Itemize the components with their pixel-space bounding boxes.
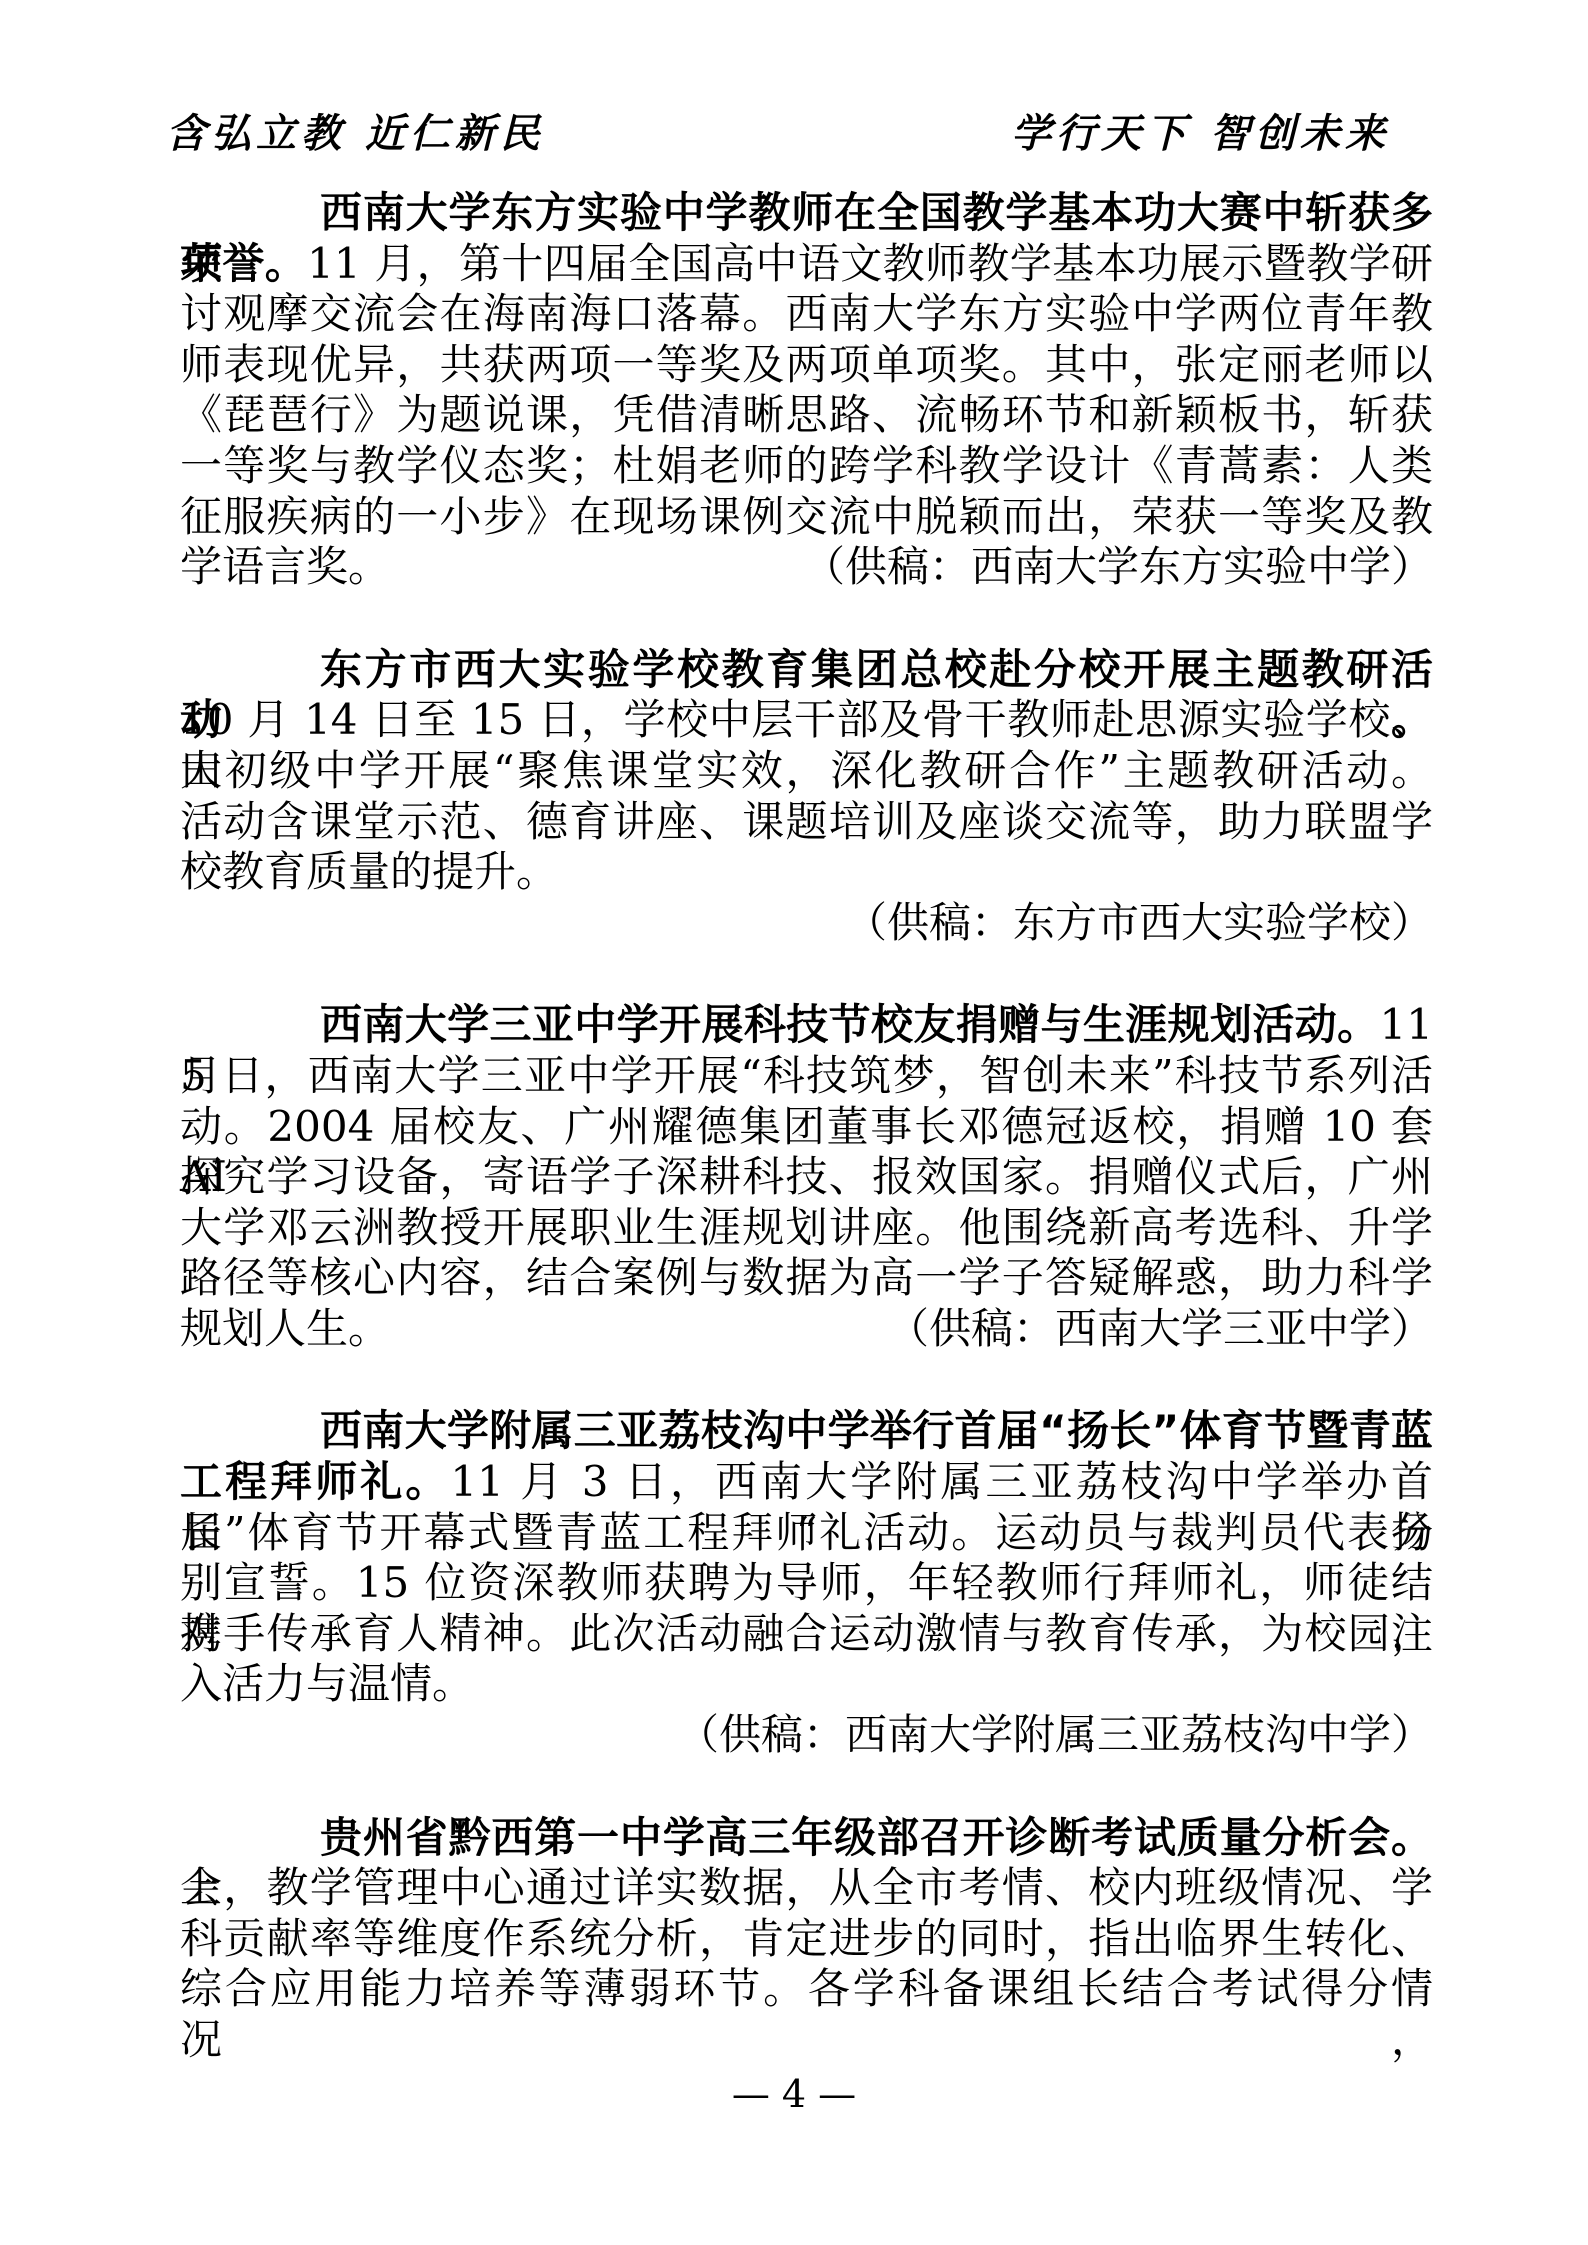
text-line: 田初级中学开展“聚焦课堂实效，深化教研合作”主题教研活动。 <box>180 746 1433 797</box>
text-line: 10 月 14 日至 15 日，学校中层干部及骨干教师赴思源实验学校、大 <box>180 695 1433 746</box>
text-line: 入活力与温情。 <box>180 1659 1433 1710</box>
text-segment: 规划人生。 <box>180 1304 390 1353</box>
text-line: 路径等核心内容，结合案例与数据为高一学子答疑解惑，助力科学 <box>180 1253 1433 1304</box>
article-1: 西南大学东方实验中学教师在全国教学基本功大赛中斩获多项荣誉。11 月，第十四届全… <box>180 188 1433 593</box>
text-segment: 入活力与温情。 <box>180 1659 474 1708</box>
text-line: 西南大学附属三亚荔枝沟中学举行首届“扬长”体育节暨青蓝 <box>180 1406 1433 1457</box>
attribution-line: 规划人生。（供稿：西南大学三亚中学） <box>180 1304 1433 1355</box>
text-line: 5 日，西南大学三亚中学开展“科技筑梦，智创未来”科技节系列活 <box>180 1051 1433 1102</box>
text-segment: 大学邓云洲教授开展职业生涯规划讲座。他围绕新高考选科、升学 <box>180 1203 1433 1252</box>
text-line: 《琵琶行》为题说课，凭借清晰思路、流畅环节和新颖板书，斩获 <box>180 390 1433 441</box>
text-segment: 5 日，西南大学三亚中学开展“科技筑梦，智创未来”科技节系列活 <box>180 1051 1433 1100</box>
text-line: 西南大学三亚中学开展科技节校友捐赠与生涯规划活动。11 月 <box>180 1000 1433 1051</box>
text-line: 综合应用能力培养等薄弱环节。各学科备课组长结合考试得分情况， <box>180 1964 1433 2015</box>
text-line: 师表现优异，共获两项一等奖及两项单项奖。其中，张定丽老师以 <box>180 340 1433 391</box>
bold-text-segment: 西南大学三亚中学开展科技节校友捐赠与生涯规划活动。 <box>320 1000 1380 1049</box>
bold-text-segment: 西南大学附属三亚荔枝沟中学举行首届“扬长”体育节暨青蓝 <box>320 1406 1433 1455</box>
article-list: 西南大学东方实验中学教师在全国教学基本功大赛中斩获多项荣誉。11 月，第十四届全… <box>180 188 1433 2067</box>
text-part: 规划人生。 <box>180 1304 390 1355</box>
text-segment: 学语言奖。 <box>180 542 390 591</box>
page-header: 含弘立教 近仁新民 学行天下 智创未来 <box>166 108 1390 160</box>
attribution-part: （供稿：西南大学东方实验中学） <box>803 542 1433 593</box>
text-line: 活动含课堂示范、德育讲座、课题培训及座谈交流等，助力联盟学 <box>180 797 1433 848</box>
text-line: 科贡献率等维度作系统分析，肯定进步的同时，指出临界生转化、 <box>180 1914 1433 1965</box>
page-number: — 4 — <box>732 2072 856 2116</box>
text-segment: 师表现优异，共获两项一等奖及两项单项奖。其中，张定丽老师以 <box>180 340 1433 389</box>
attribution-line: （供稿：东方市西大实验学校） <box>180 898 1433 949</box>
text-line: 携手传承育人精神。此次活动融合运动激情与教育传承，为校园注 <box>180 1609 1433 1660</box>
text-segment: 科贡献率等维度作系统分析，肯定进步的同时，指出临界生转化、 <box>180 1914 1433 1963</box>
text-segment: 《琵琶行》为题说课，凭借清晰思路、流畅环节和新颖板书，斩获 <box>180 390 1433 439</box>
text-segment: 综合应用能力培养等薄弱环节。各学科备课组长结合考试得分情况， <box>180 1964 1433 2064</box>
text-segment: 长”体育节开幕式暨青蓝工程拜师礼活动。运动员与裁判员代表分 <box>180 1508 1433 1557</box>
text-segment: 田初级中学开展“聚焦课堂实效，深化教研合作”主题教研活动。 <box>180 746 1433 795</box>
article-4: 西南大学附属三亚荔枝沟中学举行首届“扬长”体育节暨青蓝工程拜师礼。11 月 3 … <box>180 1406 1433 1760</box>
text-part: 学语言奖。 <box>180 542 390 593</box>
header-right-motto: 学行天下 智创未来 <box>1011 108 1390 160</box>
text-line: 荣誉。11 月，第十四届全国高中语文教师教学基本功展示暨教学研 <box>180 239 1433 290</box>
text-line: 动。2004 届校友、广州耀德集团董事长邓德冠返校，捐赠 10 套 AI <box>180 1102 1433 1153</box>
bold-text-segment: 工程拜师礼。 <box>180 1457 450 1506</box>
bold-text-segment: 荣誉。 <box>180 239 307 288</box>
attribution-part: （供稿：西南大学三亚中学） <box>887 1304 1433 1355</box>
text-line: 上，教学管理中心通过详实数据，从全市考情、校内班级情况、学 <box>180 1863 1433 1914</box>
text-segment: 上，教学管理中心通过详实数据，从全市考情、校内班级情况、学 <box>180 1863 1433 1912</box>
text-line: 工程拜师礼。11 月 3 日，西南大学附属三亚荔枝沟中学举办首届“扬 <box>180 1457 1433 1508</box>
text-line: 长”体育节开幕式暨青蓝工程拜师礼活动。运动员与裁判员代表分 <box>180 1508 1433 1559</box>
text-line: 别宣誓。15 位资深教师获聘为导师，年轻教师行拜师礼，师徒结对， <box>180 1558 1433 1609</box>
text-line: 探究学习设备，寄语学子深耕科技、报效国家。捐赠仪式后，广州 <box>180 1152 1433 1203</box>
document-page: 含弘立教 近仁新民 学行天下 智创未来 西南大学东方实验中学教师在全国教学基本功… <box>0 0 1588 2245</box>
page-footer: — 4 — <box>0 2070 1588 2118</box>
text-segment: 路径等核心内容，结合案例与数据为高一学子答疑解惑，助力科学 <box>180 1253 1433 1302</box>
article-3: 西南大学三亚中学开展科技节校友捐赠与生涯规划活动。11 月5 日，西南大学三亚中… <box>180 1000 1433 1354</box>
header-left-motto: 含弘立教 近仁新民 <box>166 108 545 160</box>
text-line: 征服疾病的一小步》在现场课例交流中脱颖而出，荣获一等奖及教 <box>180 492 1433 543</box>
text-line: 贵州省黔西第一中学高三年级部召开诊断考试质量分析会。会 <box>180 1813 1433 1864</box>
text-line: 一等奖与教学仪态奖；杜娟老师的跨学科教学设计《青蒿素：人类 <box>180 441 1433 492</box>
text-segment: （供稿：西南大学东方实验中学） <box>803 542 1433 591</box>
text-line: 东方市西大实验学校教育集团总校赴分校开展主题教研活动。 <box>180 645 1433 696</box>
text-segment: （供稿：西南大学三亚中学） <box>887 1304 1433 1353</box>
text-line: 西南大学东方实验中学教师在全国教学基本功大赛中斩获多项 <box>180 188 1433 239</box>
text-segment: 校教育质量的提升。 <box>180 847 558 896</box>
text-segment: 携手传承育人精神。此次活动融合运动激情与教育传承，为校园注 <box>180 1609 1433 1658</box>
text-segment: 一等奖与教学仪态奖；杜娟老师的跨学科教学设计《青蒿素：人类 <box>180 441 1433 490</box>
attribution-line: 学语言奖。（供稿：西南大学东方实验中学） <box>180 542 1433 593</box>
text-segment: 11 月，第十四届全国高中语文教师教学基本功展示暨教学研 <box>307 239 1433 288</box>
attribution-line: （供稿：西南大学附属三亚荔枝沟中学） <box>180 1710 1433 1761</box>
text-segment: （供稿：西南大学附属三亚荔枝沟中学） <box>677 1710 1433 1759</box>
article-2: 东方市西大实验学校教育集团总校赴分校开展主题教研活动。10 月 14 日至 15… <box>180 645 1433 949</box>
text-line: 大学邓云洲教授开展职业生涯规划讲座。他围绕新高考选科、升学 <box>180 1203 1433 1254</box>
article-5: 贵州省黔西第一中学高三年级部召开诊断考试质量分析会。会上，教学管理中心通过详实数… <box>180 1813 1433 2015</box>
text-segment: 征服疾病的一小步》在现场课例交流中脱颖而出，荣获一等奖及教 <box>180 492 1433 541</box>
text-line: 讨观摩交流会在海南海口落幕。西南大学东方实验中学两位青年教 <box>180 289 1433 340</box>
text-segment: 活动含课堂示范、德育讲座、课题培训及座谈交流等，助力联盟学 <box>180 797 1433 846</box>
text-line: 校教育质量的提升。 <box>180 847 1433 898</box>
text-segment: 探究学习设备，寄语学子深耕科技、报效国家。捐赠仪式后，广州 <box>180 1152 1433 1201</box>
text-segment: （供稿：东方市西大实验学校） <box>845 898 1433 947</box>
text-segment: 讨观摩交流会在海南海口落幕。西南大学东方实验中学两位青年教 <box>180 289 1433 338</box>
bold-text-segment: 贵州省黔西第一中学高三年级部召开诊断考试质量分析会。 <box>320 1813 1433 1862</box>
